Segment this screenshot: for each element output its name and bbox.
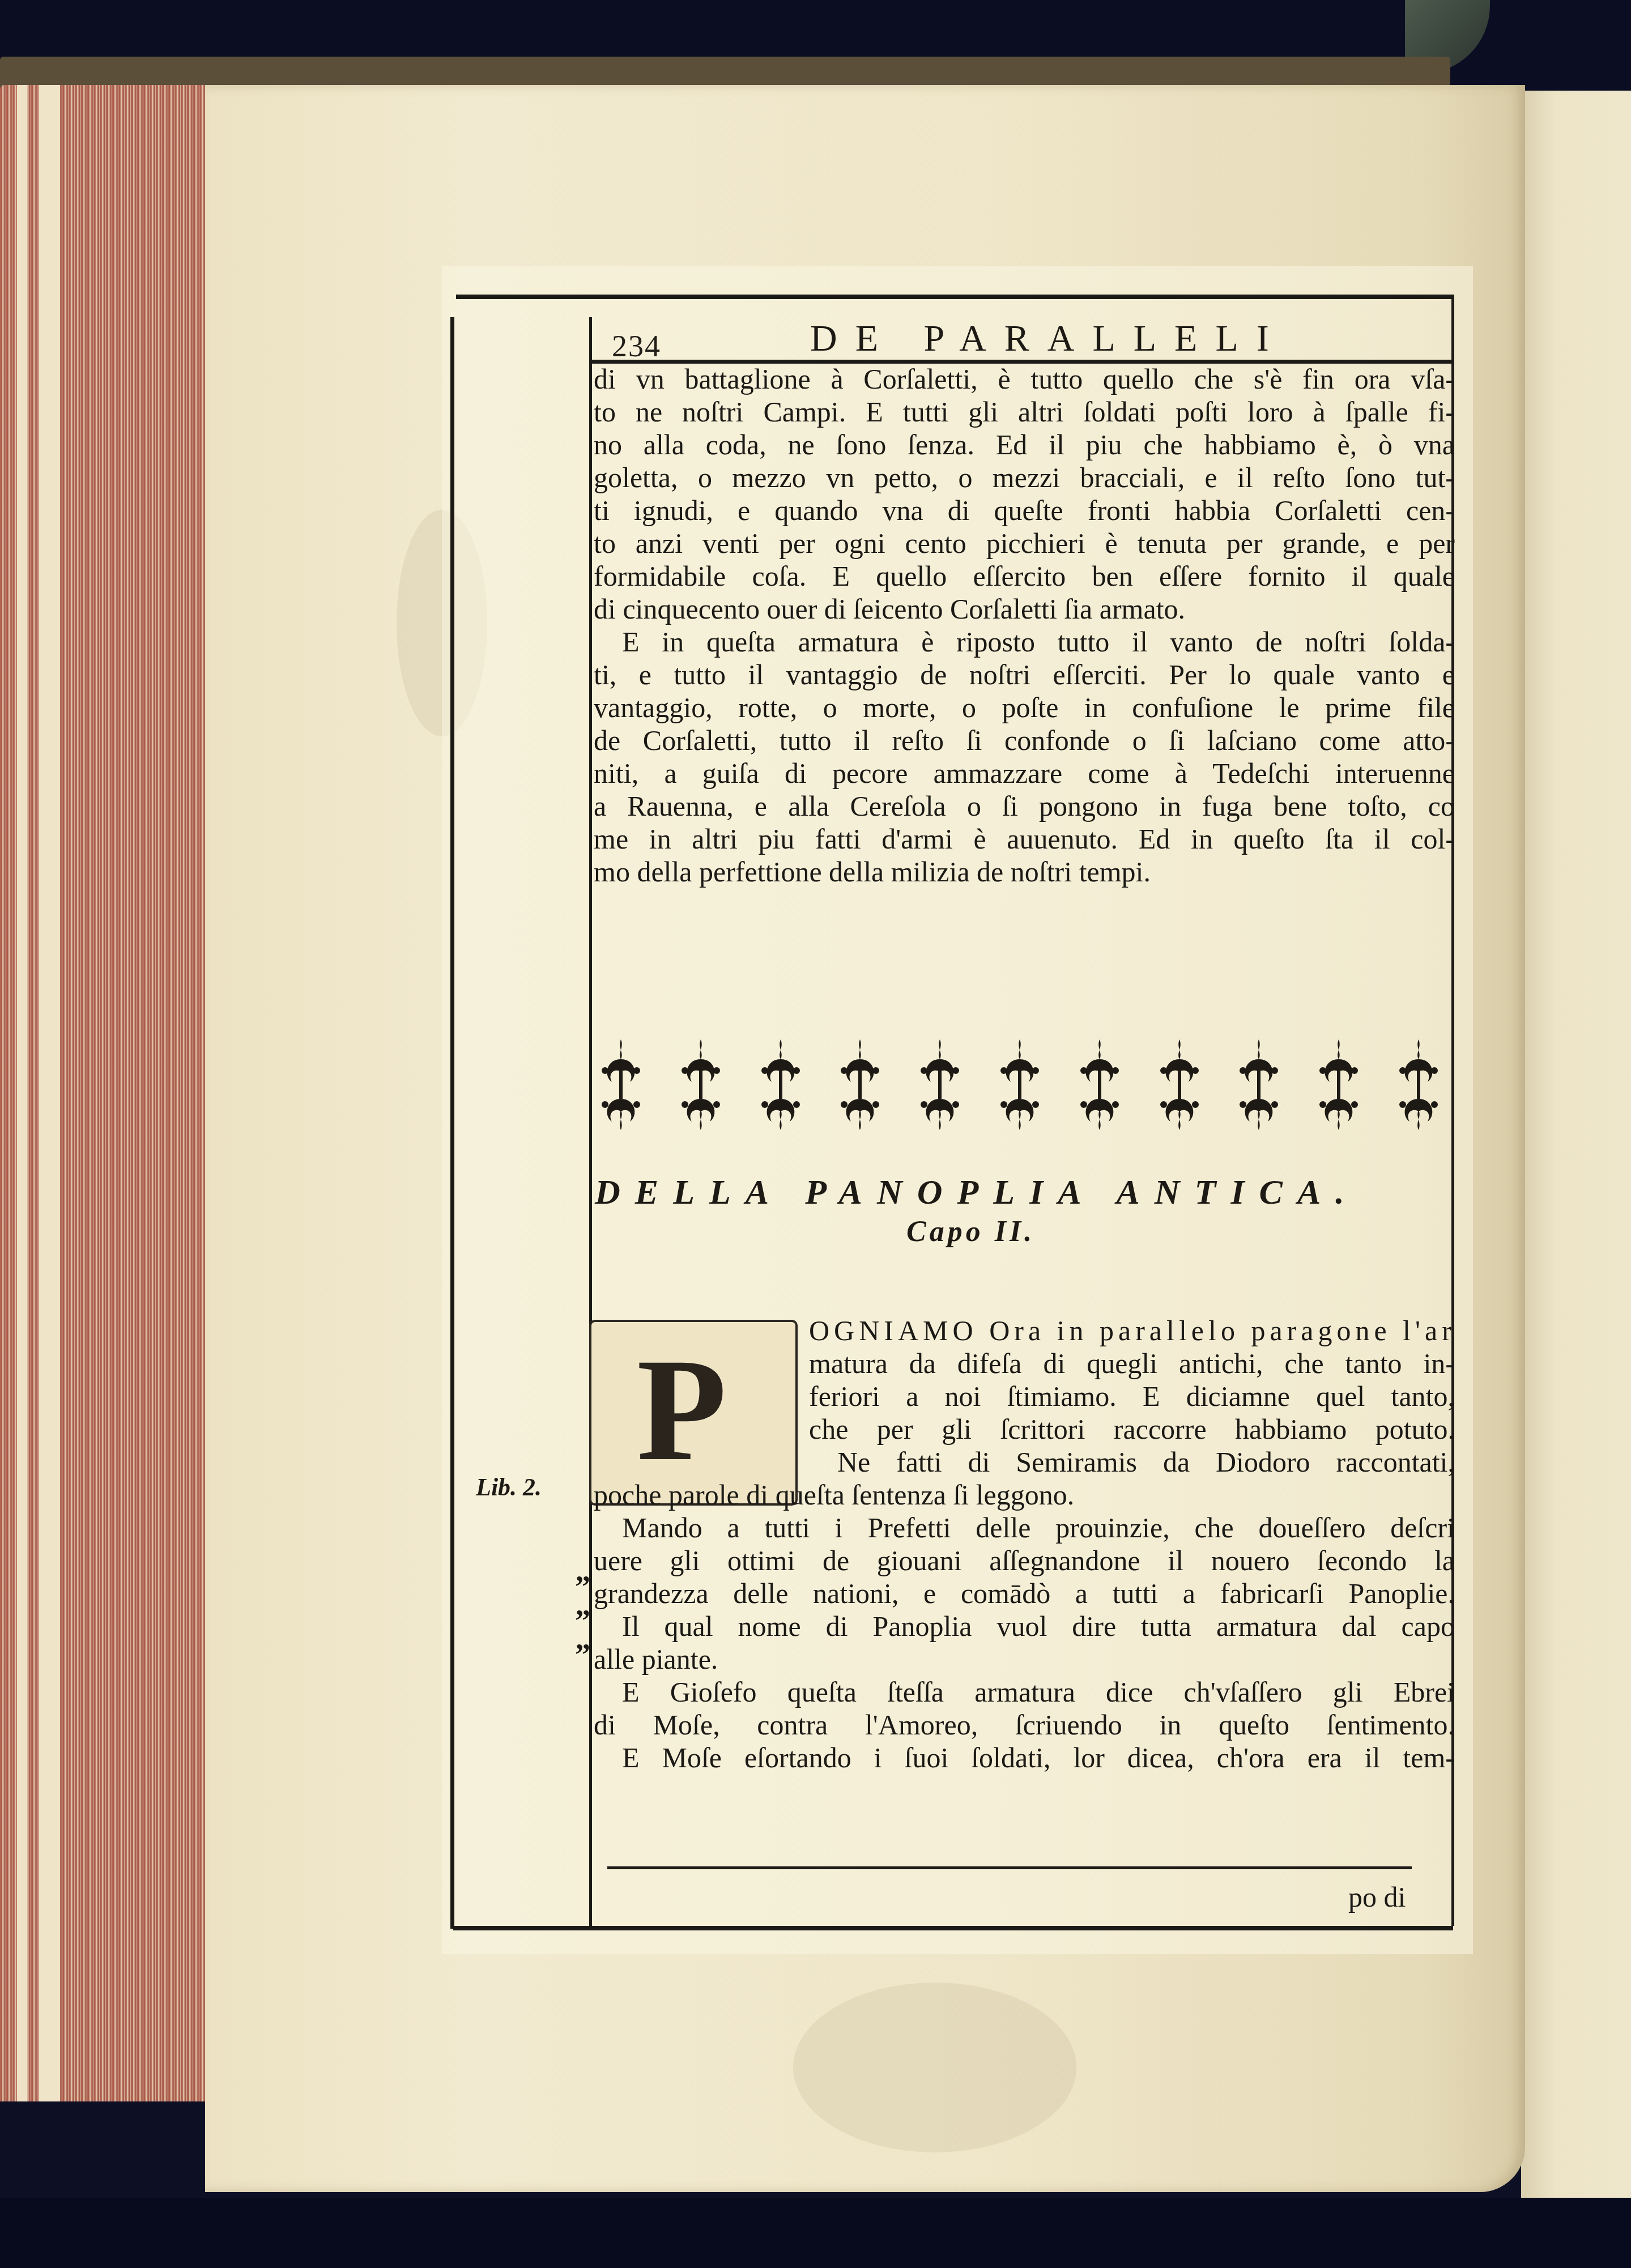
text-line: no alla coda, ne ſono ſenza. Ed il piu c… xyxy=(594,428,1455,461)
fleuron-icon xyxy=(1313,1037,1365,1133)
text-line: grandezza delle nationi, e comādò a tutt… xyxy=(594,1577,1455,1610)
chapter-title: DELLA PANOPLIA ANTICA. xyxy=(595,1173,1445,1213)
text-line: goletta, o mezzo vn petto, o mezzi bracc… xyxy=(594,461,1455,494)
quotation-mark: ” xyxy=(575,1637,590,1672)
quotation-mark: ” xyxy=(575,1569,590,1604)
text-line: OGNIAMO Ora in parallelo paragone l'ar- xyxy=(594,1314,1455,1347)
text-line: de Corſaletti, tutto il reſto ſi confond… xyxy=(594,724,1455,757)
fleuron-icon xyxy=(755,1037,807,1133)
text-line: ti ignudi, e quando vna di queſte fronti… xyxy=(594,494,1455,527)
catchword-rule xyxy=(607,1866,1412,1869)
text-line: di vn battaglione à Corſaletti, è tutto … xyxy=(594,363,1455,395)
page-edges-gap-2 xyxy=(39,85,60,2101)
text-line: ti, e tutto il vantaggio de noſtri eſſer… xyxy=(594,658,1455,691)
inner-left-rule xyxy=(589,317,592,1926)
catchword: po di xyxy=(1348,1881,1406,1913)
fleuron-icon xyxy=(1153,1037,1206,1133)
fleuron-icon xyxy=(994,1037,1046,1133)
fleuron-icon xyxy=(1233,1037,1285,1133)
fleuron-icon xyxy=(1074,1037,1126,1133)
margin-note: Lib. 2. xyxy=(476,1473,542,1502)
fleuron-icon xyxy=(1392,1037,1445,1133)
text-line: E in queſta armatura è riposto tutto il … xyxy=(594,625,1455,658)
ornamental-headpiece xyxy=(595,1031,1445,1139)
text-line: to ne noſtri Campi. E tutti gli altri ſo… xyxy=(594,395,1455,428)
fleuron-icon xyxy=(834,1037,886,1133)
text-line: E Moſe eſortando i ſuoi ſoldati, lor dic… xyxy=(594,1741,1455,1774)
text-line: vantaggio, rotte, o morte, o poſte in co… xyxy=(594,691,1455,724)
page-edges-gap xyxy=(17,85,27,2101)
text-line: di Moſe, contra l'Amoreo, ſcriuendo in q… xyxy=(594,1708,1455,1741)
top-rule xyxy=(456,295,1453,299)
text-line: alle piante. xyxy=(594,1643,1455,1676)
outer-left-rule xyxy=(450,317,454,1929)
paper-stain xyxy=(793,1983,1076,2152)
running-head-title: DE PARALLELI xyxy=(810,317,1287,360)
text-block-chapter: OGNIAMO Ora in parallelo paragone l'ar- … xyxy=(594,1314,1455,1774)
page-number: 234 xyxy=(612,329,661,364)
text-line: Il qual nome di Panoplia vuol dire tutta… xyxy=(594,1610,1455,1643)
text-line: formidabile coſa. E quello eſſercito ben… xyxy=(594,560,1455,592)
page-edges-stack xyxy=(0,85,210,2101)
text-line: Ne fatti di Semiramis da Diodoro raccont… xyxy=(594,1446,1455,1478)
text-line: che per gli ſcrittori raccorre habbiamo … xyxy=(594,1413,1455,1446)
bottom-rule xyxy=(453,1926,1453,1930)
text-line: di cinquecento ouer di ſeicento Corſalet… xyxy=(594,592,1455,625)
text-block-section-1: di vn battaglione à Corſaletti, è tutto … xyxy=(594,363,1455,888)
text-line: me in altri piu fatti d'armi è auuenuto.… xyxy=(594,822,1455,855)
fleuron-icon xyxy=(595,1037,647,1133)
background-bottom xyxy=(0,2198,1631,2268)
text-line: poche parole di queſta ſentenza ſi leggo… xyxy=(594,1478,1455,1511)
fleuron-icon xyxy=(914,1037,966,1133)
running-head: 234 DE PARALLELI xyxy=(595,317,1445,363)
text-line: mo della perfettione della milizia de no… xyxy=(594,855,1455,888)
text-line: Mando a tutti i Prefetti delle prouinzie… xyxy=(594,1511,1455,1544)
text-line: uere gli ottimi de giouani aſſegnandone … xyxy=(594,1544,1455,1577)
text-line: matura da difeſa di quegli antichi, che … xyxy=(594,1347,1455,1380)
text-line: a Rauenna, e alla Cereſola o ſi pongono … xyxy=(594,790,1455,822)
quotation-mark: ” xyxy=(575,1603,590,1638)
facing-page xyxy=(1521,91,1631,2198)
text-line: niti, a guiſa di pecore ammazzare come à… xyxy=(594,757,1455,790)
chapter-number: Capo II. xyxy=(906,1215,1035,1248)
text-line: feriori a noi ſtimiamo. E diciamne quel … xyxy=(594,1380,1455,1413)
text-line: to anzi venti per ogni cento picchieri è… xyxy=(594,527,1455,560)
fleuron-icon xyxy=(675,1037,727,1133)
text-line: E Gioſefo queſta ſteſſa armatura dice ch… xyxy=(594,1676,1455,1708)
